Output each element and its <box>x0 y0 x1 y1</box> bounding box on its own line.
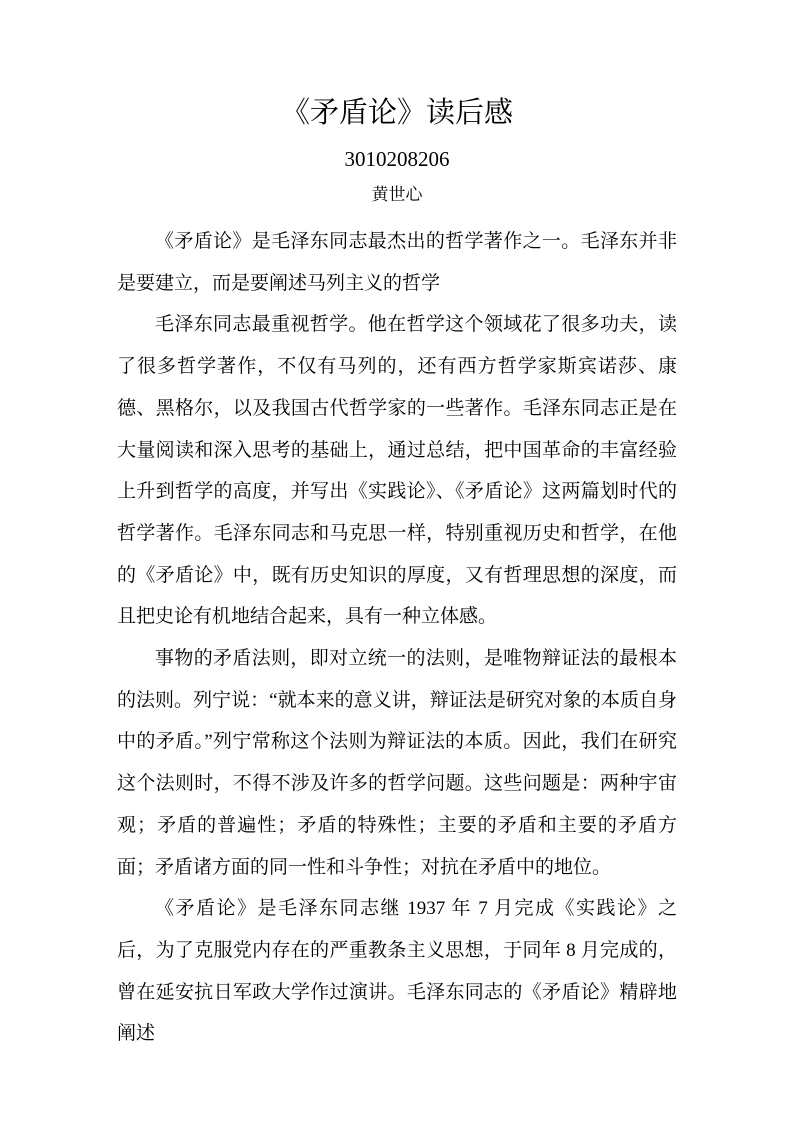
paragraph-2: 毛泽东同志最重视哲学。他在哲学这个领域花了很多功夫，读了很多哲学著作，不仅有马列… <box>117 304 677 638</box>
student-id: 3010208206 <box>117 148 677 170</box>
paragraph-3: 事物的矛盾法则，即对立统一的法则，是唯物辩证法的最根本的法则。列宁说：“就本来的… <box>117 638 677 888</box>
paragraph-1: 《矛盾论》是毛泽东同志最杰出的哲学著作之一。毛泽东并非是要建立，而是要阐述马列主… <box>117 221 677 304</box>
document-page: 《矛盾论》读后感 3010208206 黄世心 《矛盾论》是毛泽东同志最杰出的哲… <box>0 0 794 1123</box>
document-body: 《矛盾论》是毛泽东同志最杰出的哲学著作之一。毛泽东并非是要建立，而是要阐述马列主… <box>117 221 677 1055</box>
document-title: 《矛盾论》读后感 <box>117 95 677 131</box>
author-name: 黄世心 <box>117 186 677 204</box>
paragraph-4: 《矛盾论》是毛泽东同志继 1937 年 7 月完成《实践论》之后，为了克服党内存… <box>117 888 677 1055</box>
